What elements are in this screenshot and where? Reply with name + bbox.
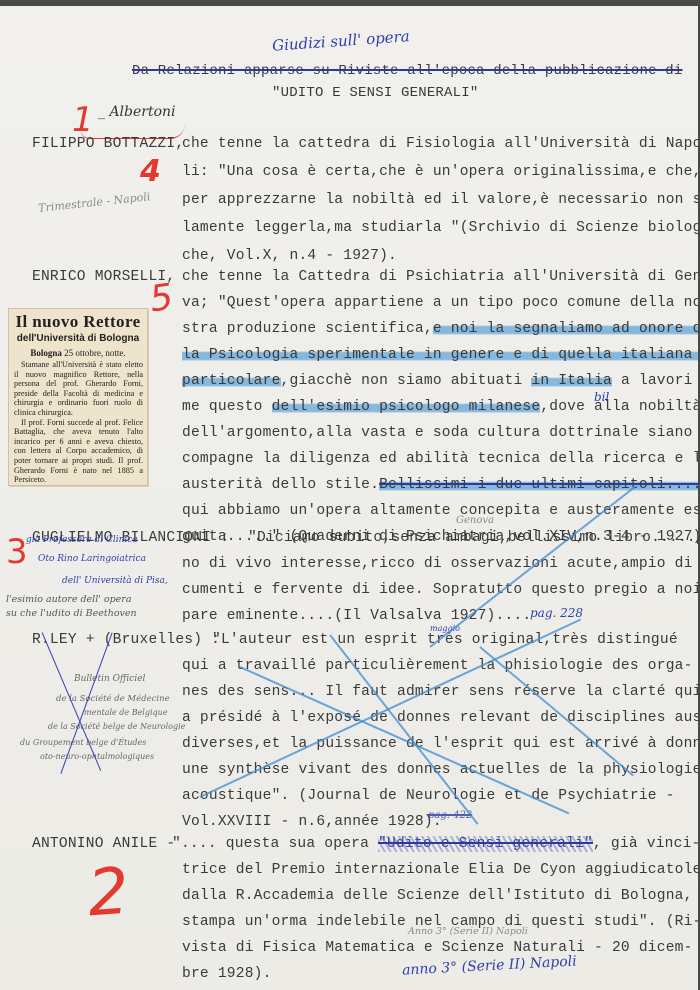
handwritten-title: Giudizi sull' opera: [272, 27, 411, 55]
pencil-note: Anno 3° (Serie II) Napoli: [408, 926, 528, 937]
entry-text-line: no di vivo interesse,ricco di osservazio…: [182, 556, 698, 572]
entry-text-line: dell'argomento,alla vasta e soda cultura…: [182, 425, 693, 441]
margin-note: l'esimio autore dell' opera: [6, 594, 132, 605]
document-page: Giudizi sull' opera Da Relazioni apparse…: [0, 6, 698, 990]
margin-note-pencil: Trimestrale - Napoli: [38, 190, 151, 215]
crayon-highlight: la Psicologia sperimentale in genere e d…: [182, 347, 698, 363]
entry-text-line: stra produzione scientifica,e noi la seg…: [182, 321, 698, 337]
header-struck: Da Relazioni apparse su Riviste all'epoc…: [132, 63, 683, 79]
margin-label-albertoni: _ Albertoni: [98, 104, 176, 120]
handwritten-insert: bil: [594, 390, 609, 404]
clipping-subhead: dell'Università di Bologna: [9, 333, 147, 344]
margin-note: già Professore di Clinica: [26, 535, 138, 545]
text-span: , già vinci-: [593, 836, 698, 852]
entry-text-line: qui a travaillé particulièrement la phis…: [182, 658, 693, 674]
entry-text-line: la Psicologia sperimentale in genere e d…: [182, 347, 698, 363]
margin-note: dell' Università di Pisa,: [62, 576, 168, 586]
clipping-paragraph: Il prof. Forni succede al prof. Felice B…: [14, 418, 143, 485]
entry-text-line: "Diciamo subito,senza ambagi,bellissimo …: [248, 530, 698, 546]
dateline-rest: 25 ottobre, notte.: [64, 348, 126, 358]
margin-note: Oto Rino Laringoiatrica: [38, 554, 146, 564]
entry-text-line: bre 1928).: [182, 966, 272, 982]
margin-note: mentale de Belgique: [84, 708, 168, 717]
pencil-note-genova: Genova: [456, 515, 494, 526]
newspaper-clipping: Il nuovo Rettore dell'Università di Bolo…: [8, 308, 148, 486]
red-number-4: 4: [140, 154, 161, 189]
margin-note: oto-neuro-ophtalmologiques: [40, 752, 154, 761]
clipping-paragraph: Stamane all'Università è stato eletto il…: [14, 360, 143, 418]
ink-note: anno 3° (Serie II) Napoli: [402, 953, 577, 978]
clipping-body: Stamane all'Università è stato eletto il…: [9, 358, 147, 485]
entry-text-line: qui abbiamo un'opera altamente concepita…: [182, 503, 698, 519]
author-bottazzi: FILIPPO BOTTAZZI,: [32, 136, 184, 152]
entry-text-line: nes des sens... Il faut admirer sens rés…: [182, 684, 698, 700]
entry-text-line: compagne la diligenza ed abilità tecnica…: [182, 451, 698, 467]
text-span: ,dove alla nobiltà: [540, 399, 698, 415]
entry-text-line: diverses,et la puissance de l'esprit qui…: [182, 736, 698, 752]
entry-text-line: a présidé à l'exposé de donnes relevant …: [182, 710, 698, 726]
page-note: pag. 228: [530, 606, 583, 620]
crayon-strike: Bellissimi i due ultimi capitoli.....: [379, 477, 698, 493]
author-anile: ANTONINO ANILE -: [32, 836, 175, 852]
struck-title: "Udito e Sensi generali": [378, 836, 593, 852]
crayon-highlight: particolare: [182, 373, 281, 389]
crayon-highlight: e noi la segnaliamo ad onore del-: [433, 321, 698, 337]
text-span: a lavori co-: [612, 373, 698, 389]
margin-note: du Groupement belge d'Études: [20, 738, 146, 747]
entry-text-line: acoustique". (Journal de Neurologie et d…: [182, 788, 675, 804]
struck-page-note: pag. 422: [428, 810, 472, 821]
text-span: ".... questa sua opera: [172, 836, 378, 852]
margin-note: su che l'udito di Beethoven: [6, 608, 137, 619]
entry-text-line: ".... questa sua opera "Udito e Sensi ge…: [172, 836, 698, 852]
clipping-headline: Il nuovo Rettore: [9, 312, 147, 332]
entry-text-line: per apprezzarne la nobiltà ed il valore,…: [182, 192, 698, 208]
crayon-highlight: dell'esimio psicologo milanese: [272, 399, 541, 415]
entry-text-line: che, Vol.X, n.4 - 1927).: [182, 248, 397, 264]
red-number-3: 3: [6, 532, 28, 572]
entry-text-line: pare eminente....(Il Valsalva 1927)....: [182, 608, 531, 624]
dateline-place: Bologna: [30, 348, 62, 358]
entry-text-line: me questo dell'esimio psicologo milanese…: [182, 399, 698, 415]
text-span: ,giacchè non siamo abituati: [281, 373, 532, 389]
clipping-dateline: Bologna 25 ottobre, notte.: [9, 348, 147, 358]
text-span: stra produzione scientifica,: [182, 321, 433, 337]
margin-note: Bulletin Officiel: [74, 674, 145, 684]
entry-text-line: austerità dello stile.Bellissimi i due u…: [182, 477, 698, 493]
entry-text-line: va; "Quest'opera appartiene a un tipo po…: [182, 295, 698, 311]
entry-text-line: Vol.XXVIII - n.6,année 1928).: [182, 814, 442, 830]
header-title: "UDITO E SENSI GENERALI": [272, 85, 478, 101]
crayon-highlight: in Italia: [531, 373, 612, 389]
entry-text-line: che tenne la cattedra di Fisiologia all'…: [182, 136, 698, 152]
entry-text-line: particolare,giacchè non siamo abituati i…: [182, 373, 698, 389]
entry-text-line: che tenne la Cattedra di Psichiatria all…: [182, 269, 698, 285]
entry-text-line: dalla R.Accademia delle Scienze dell'Ist…: [182, 888, 693, 904]
entry-text-line: cumenti e fervente di idee. Sopratutto q…: [182, 582, 698, 598]
margin-note: de la Société belge de Neurologie: [48, 722, 185, 731]
entry-text-line: trice del Premio internazionale Elia De …: [182, 862, 698, 878]
entry-text-line: li: "Una cosa è certa,che è un'opera ori…: [182, 164, 698, 180]
entry-text-line: lamente leggerla,ma studiarla "(Srchivio…: [182, 220, 698, 236]
margin-note: de la Société de Médecine: [56, 694, 170, 704]
text-span: austerità dello stile.: [182, 477, 379, 493]
red-number-2: 2: [85, 855, 131, 932]
text-span: me questo: [182, 399, 272, 415]
author-ley: R.LEY + (Bruxelles) :: [32, 632, 220, 648]
entry-text-line: vista di Fisica Matematica e Scienze Nat…: [182, 940, 693, 956]
